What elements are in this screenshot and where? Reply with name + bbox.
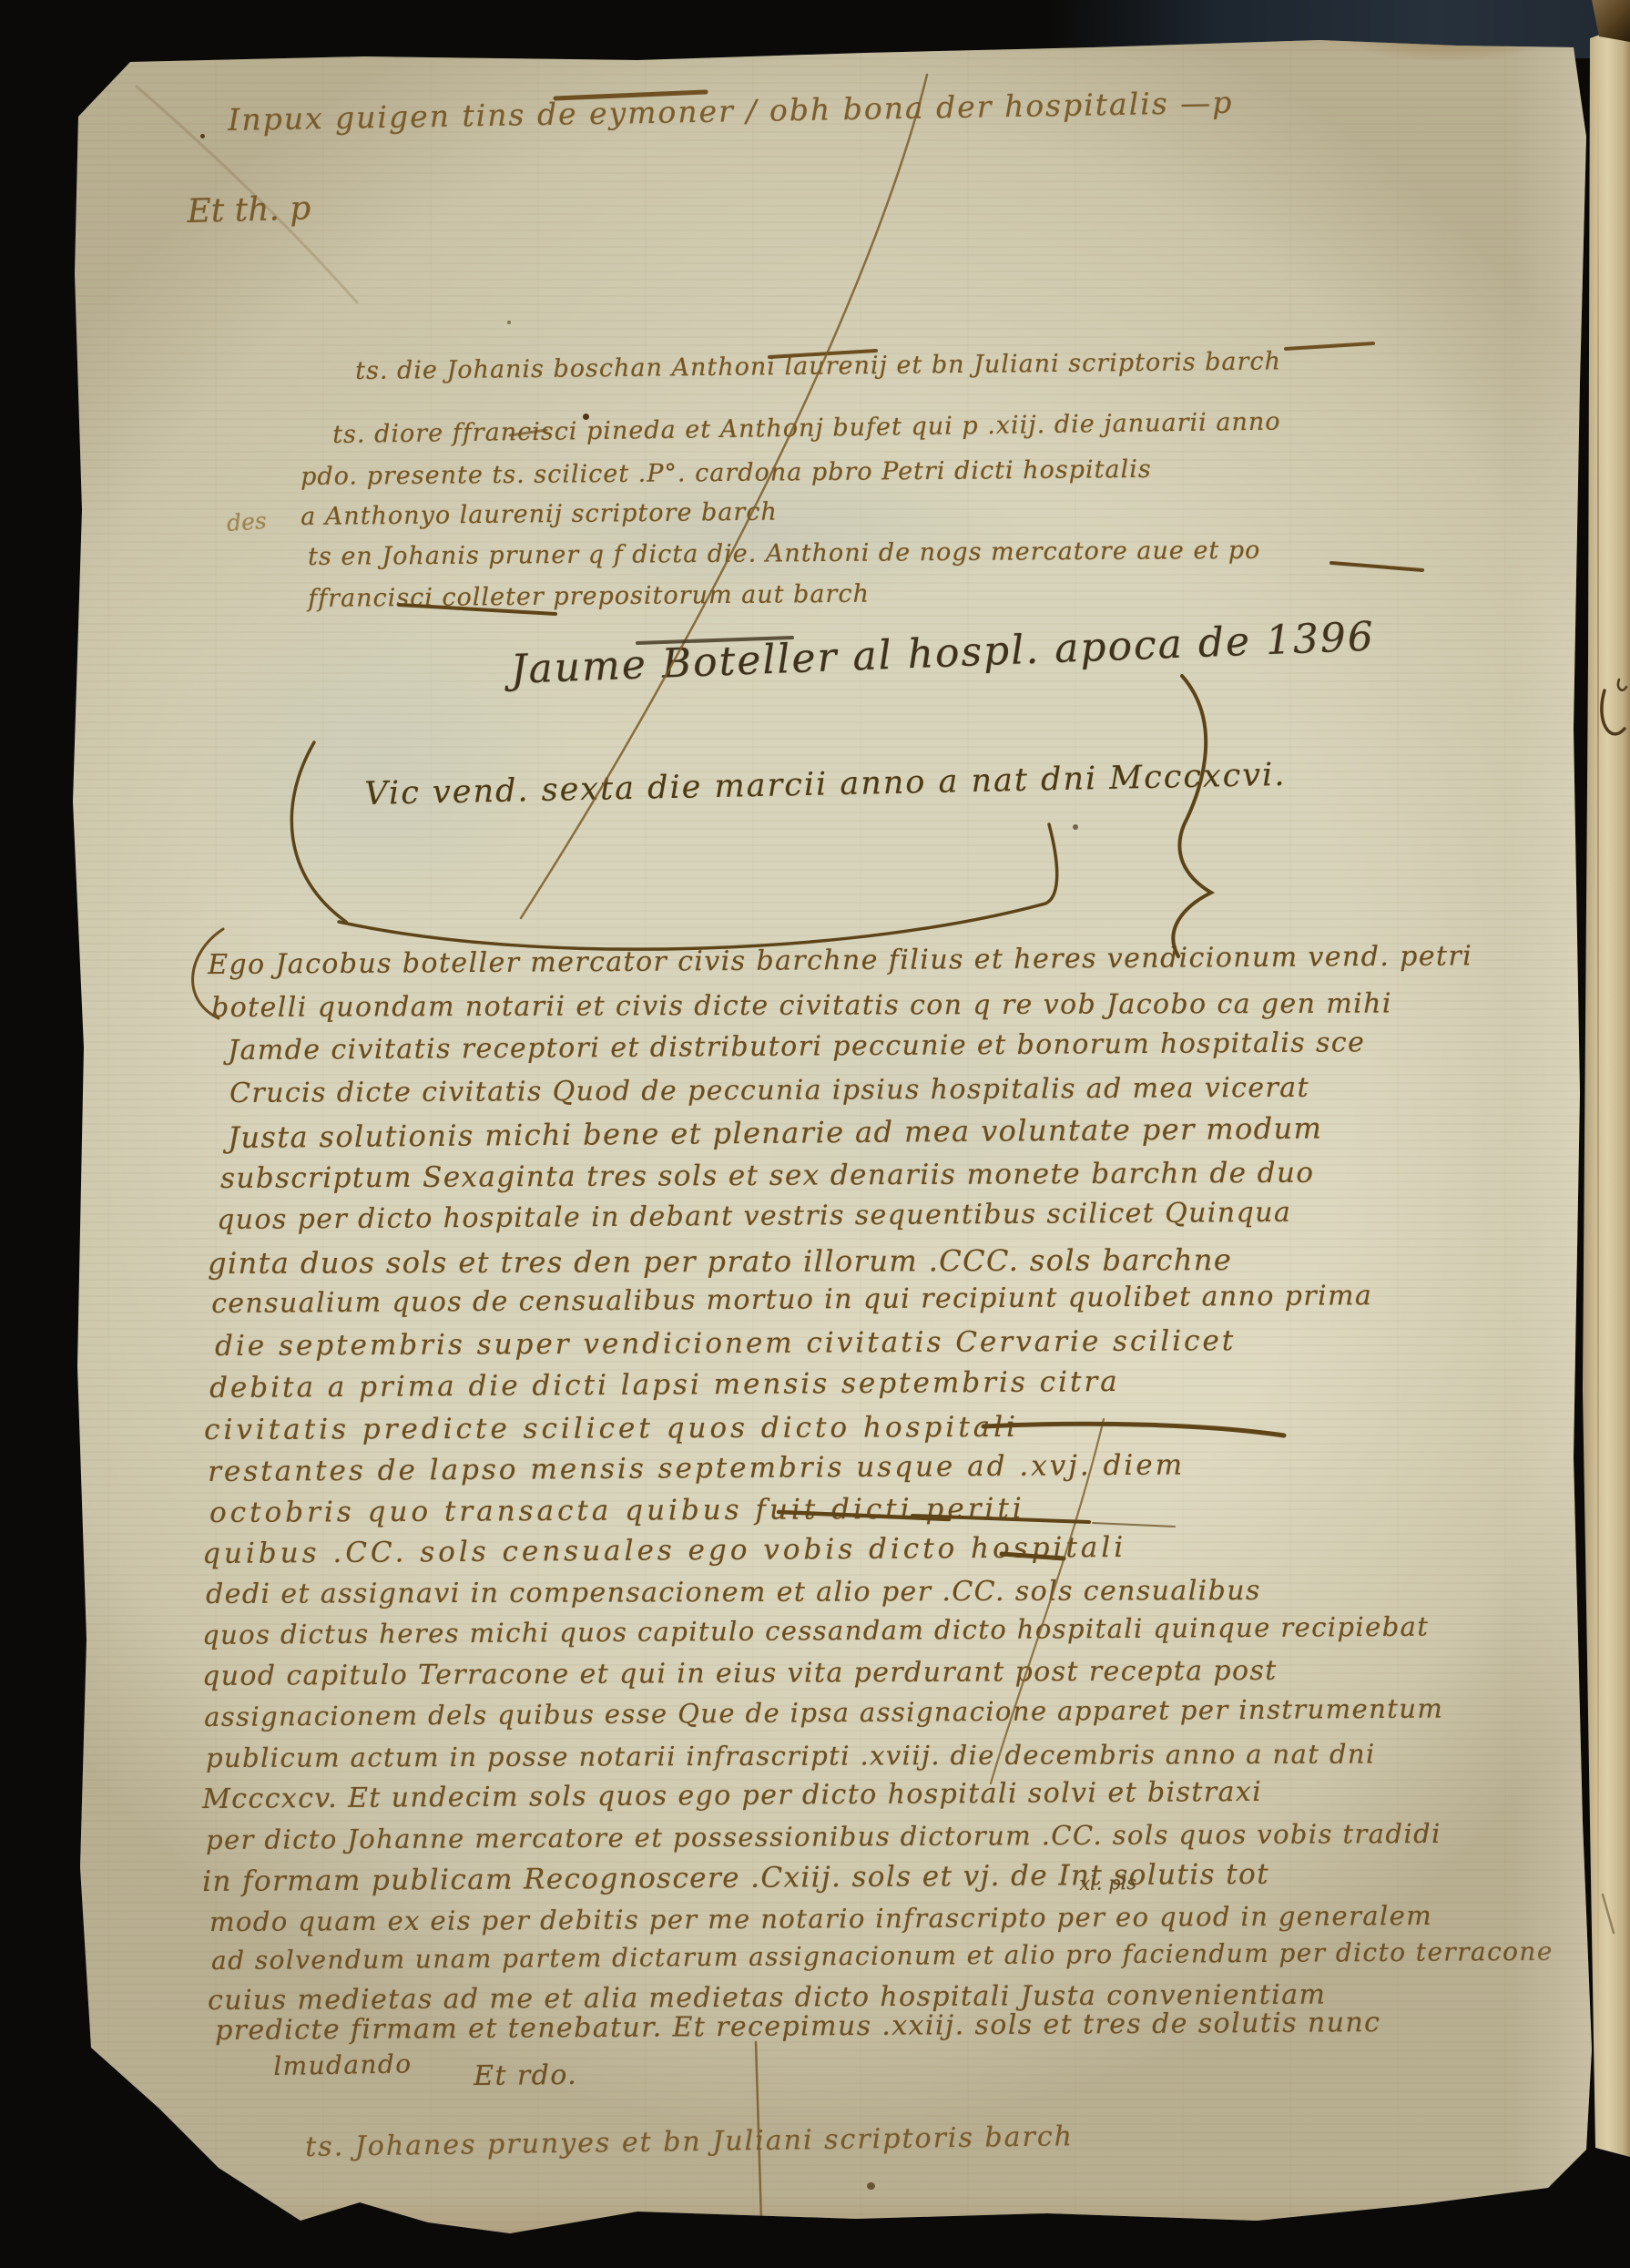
paper-vignette [0,0,1630,2268]
manuscript-sheet: Inpux guigen tins de eymoner / obh bona … [0,0,1630,2268]
photograph-backdrop: Inpux guigen tins de eymoner / obh bona … [0,0,1630,2268]
folio-crease [1597,78,1599,2082]
adjacent-folio-edge [1581,24,1630,2157]
